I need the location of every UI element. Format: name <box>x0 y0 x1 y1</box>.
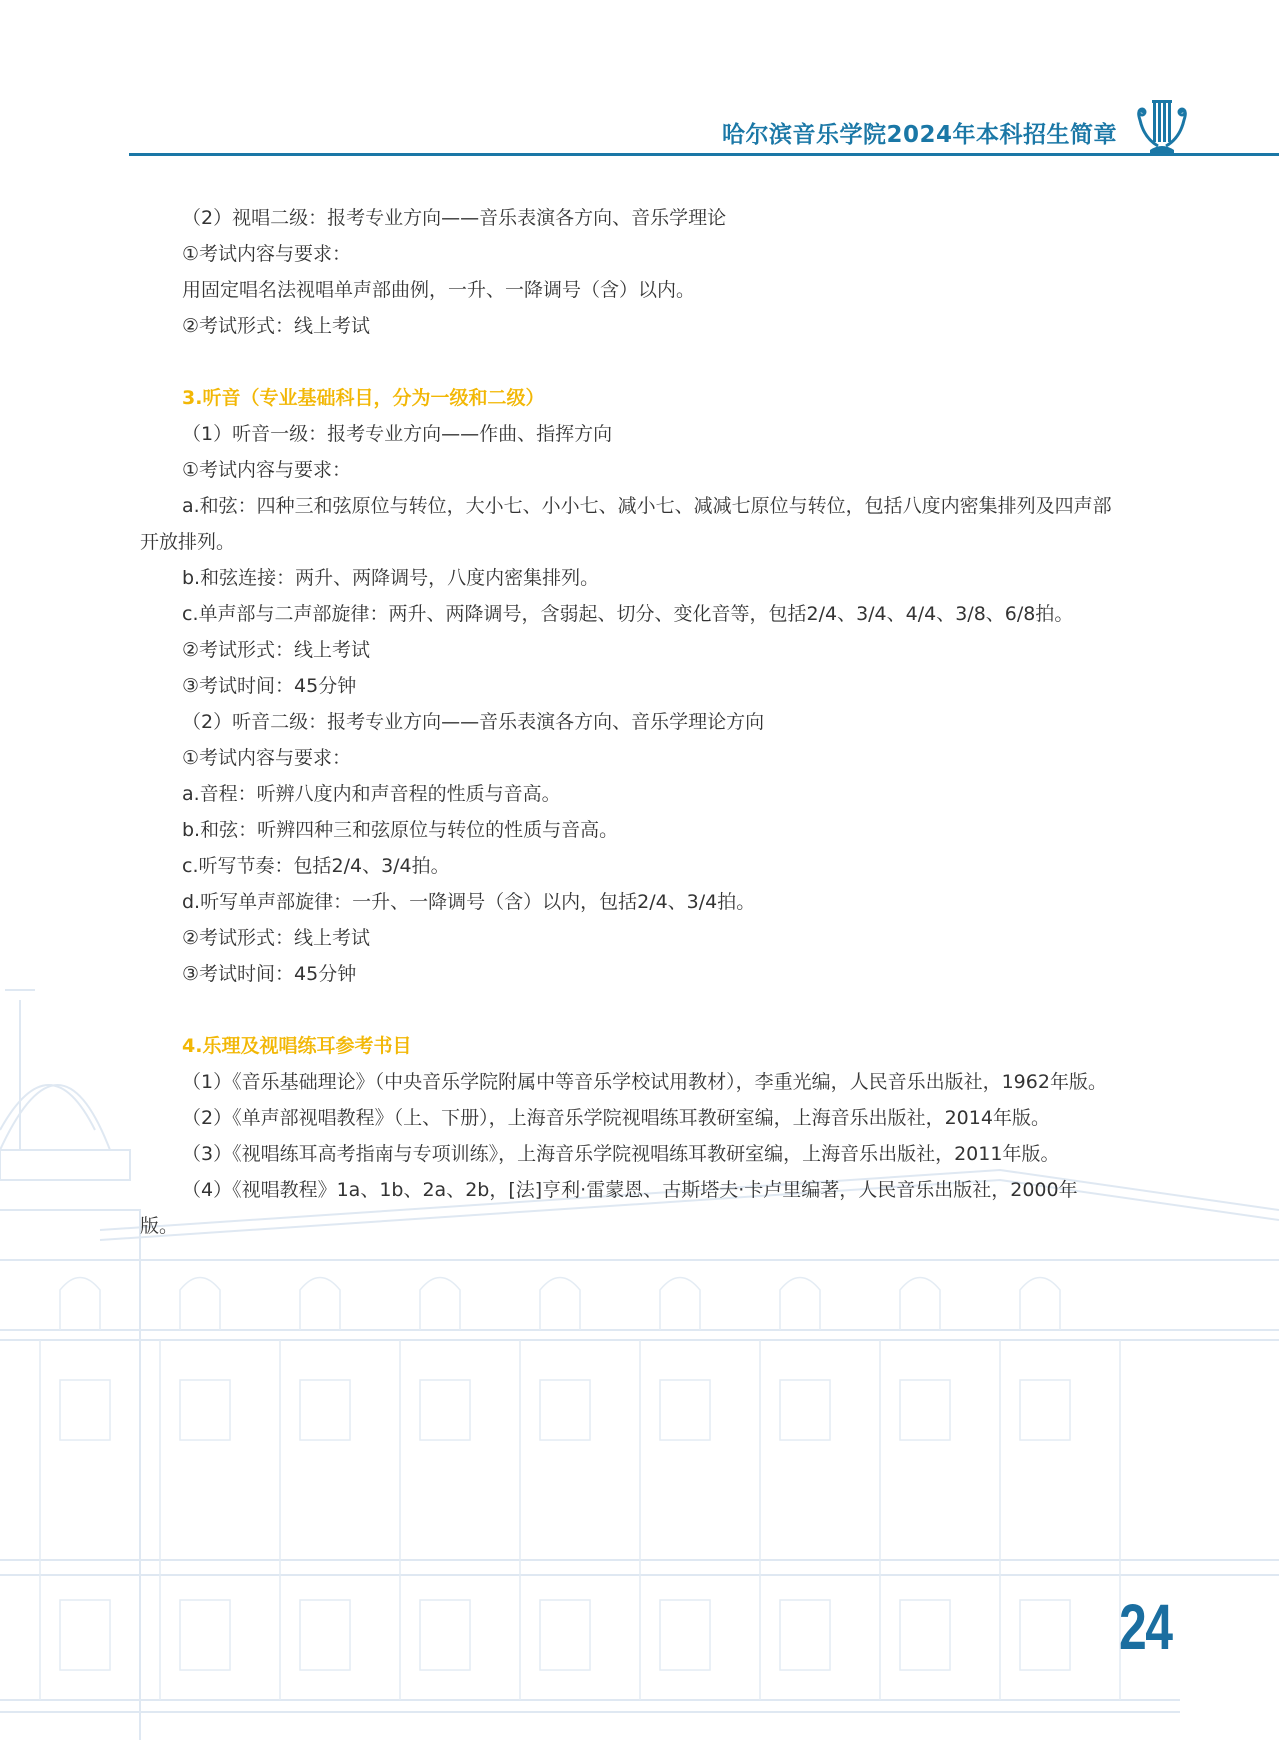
section-heading-reference-books: 4.乐理及视唱练耳参考书目 <box>140 1028 1115 1064</box>
exam-content-label: ①考试内容与要求： <box>140 740 1115 776</box>
requirement-melody-dictation: d.听写单声部旋律：一升、一降调号（含）以内，包括2/4、3/4拍。 <box>140 884 1115 920</box>
reference-book-item: （2）《单声部视唱教程》（上、下册），上海音乐学院视唱练耳教研室编，上海音乐出版… <box>140 1100 1115 1136</box>
header-divider <box>129 153 1279 156</box>
page-number: 24 <box>1119 1590 1171 1664</box>
requirement-chord-progression: b.和弦连接：两升、两降调号，八度内密集排列。 <box>140 560 1115 596</box>
reference-book-item: （3）《视唱练耳高考指南与专项训练》，上海音乐学院视唱练耳教研室编，上海音乐出版… <box>140 1136 1115 1172</box>
exam-duration: ③考试时间：45分钟 <box>140 956 1115 992</box>
reference-book-item: （4）《视唱教程》1a、1b、2a、2b，[法]亨利·雷蒙恩、古斯塔夫·卡卢里编… <box>140 1172 1115 1244</box>
document-header-title: 哈尔滨音乐学院2024年本科招生简章 <box>722 116 1117 149</box>
exam-format: ②考试形式：线上考试 <box>140 308 1115 344</box>
exam-content-label: ①考试内容与要求： <box>140 236 1115 272</box>
document-body: （2）视唱二级：报考专业方向——音乐表演各方向、音乐学理论 ①考试内容与要求： … <box>140 200 1115 1244</box>
requirement-intervals: a.音程：听辨八度内和声音程的性质与音高。 <box>140 776 1115 812</box>
exam-content-text: 用固定唱名法视唱单声部曲例，一升、一降调号（含）以内。 <box>140 272 1115 308</box>
subsection-sight-singing-level2: （2）视唱二级：报考专业方向——音乐表演各方向、音乐学理论 <box>140 200 1115 236</box>
exam-format: ②考试形式：线上考试 <box>140 632 1115 668</box>
exam-content-label: ①考试内容与要求： <box>140 452 1115 488</box>
requirement-rhythm-dictation: c.听写节奏：包括2/4、3/4拍。 <box>140 848 1115 884</box>
subsection-ear-training-level2: （2）听音二级：报考专业方向——音乐表演各方向、音乐学理论方向 <box>140 704 1115 740</box>
exam-format: ②考试形式：线上考试 <box>140 920 1115 956</box>
requirement-melody: c.单声部与二声部旋律：两升、两降调号，含弱起、切分、变化音等，包括2/4、3/… <box>140 596 1115 632</box>
section-heading-ear-training: 3.听音（专业基础科目，分为一级和二级） <box>140 380 1115 416</box>
requirement-chords: b.和弦：听辨四种三和弦原位与转位的性质与音高。 <box>140 812 1115 848</box>
requirement-chords: a.和弦：四种三和弦原位与转位，大小七、小小七、减小七、减减七原位与转位，包括八… <box>140 488 1115 560</box>
reference-book-item: （1）《音乐基础理论》（中央音乐学院附属中等音乐学校试用教材），李重光编，人民音… <box>140 1064 1115 1100</box>
subsection-ear-training-level1: （1）听音一级：报考专业方向——作曲、指挥方向 <box>140 416 1115 452</box>
lyre-logo-icon <box>1134 98 1190 156</box>
exam-duration: ③考试时间：45分钟 <box>140 668 1115 704</box>
